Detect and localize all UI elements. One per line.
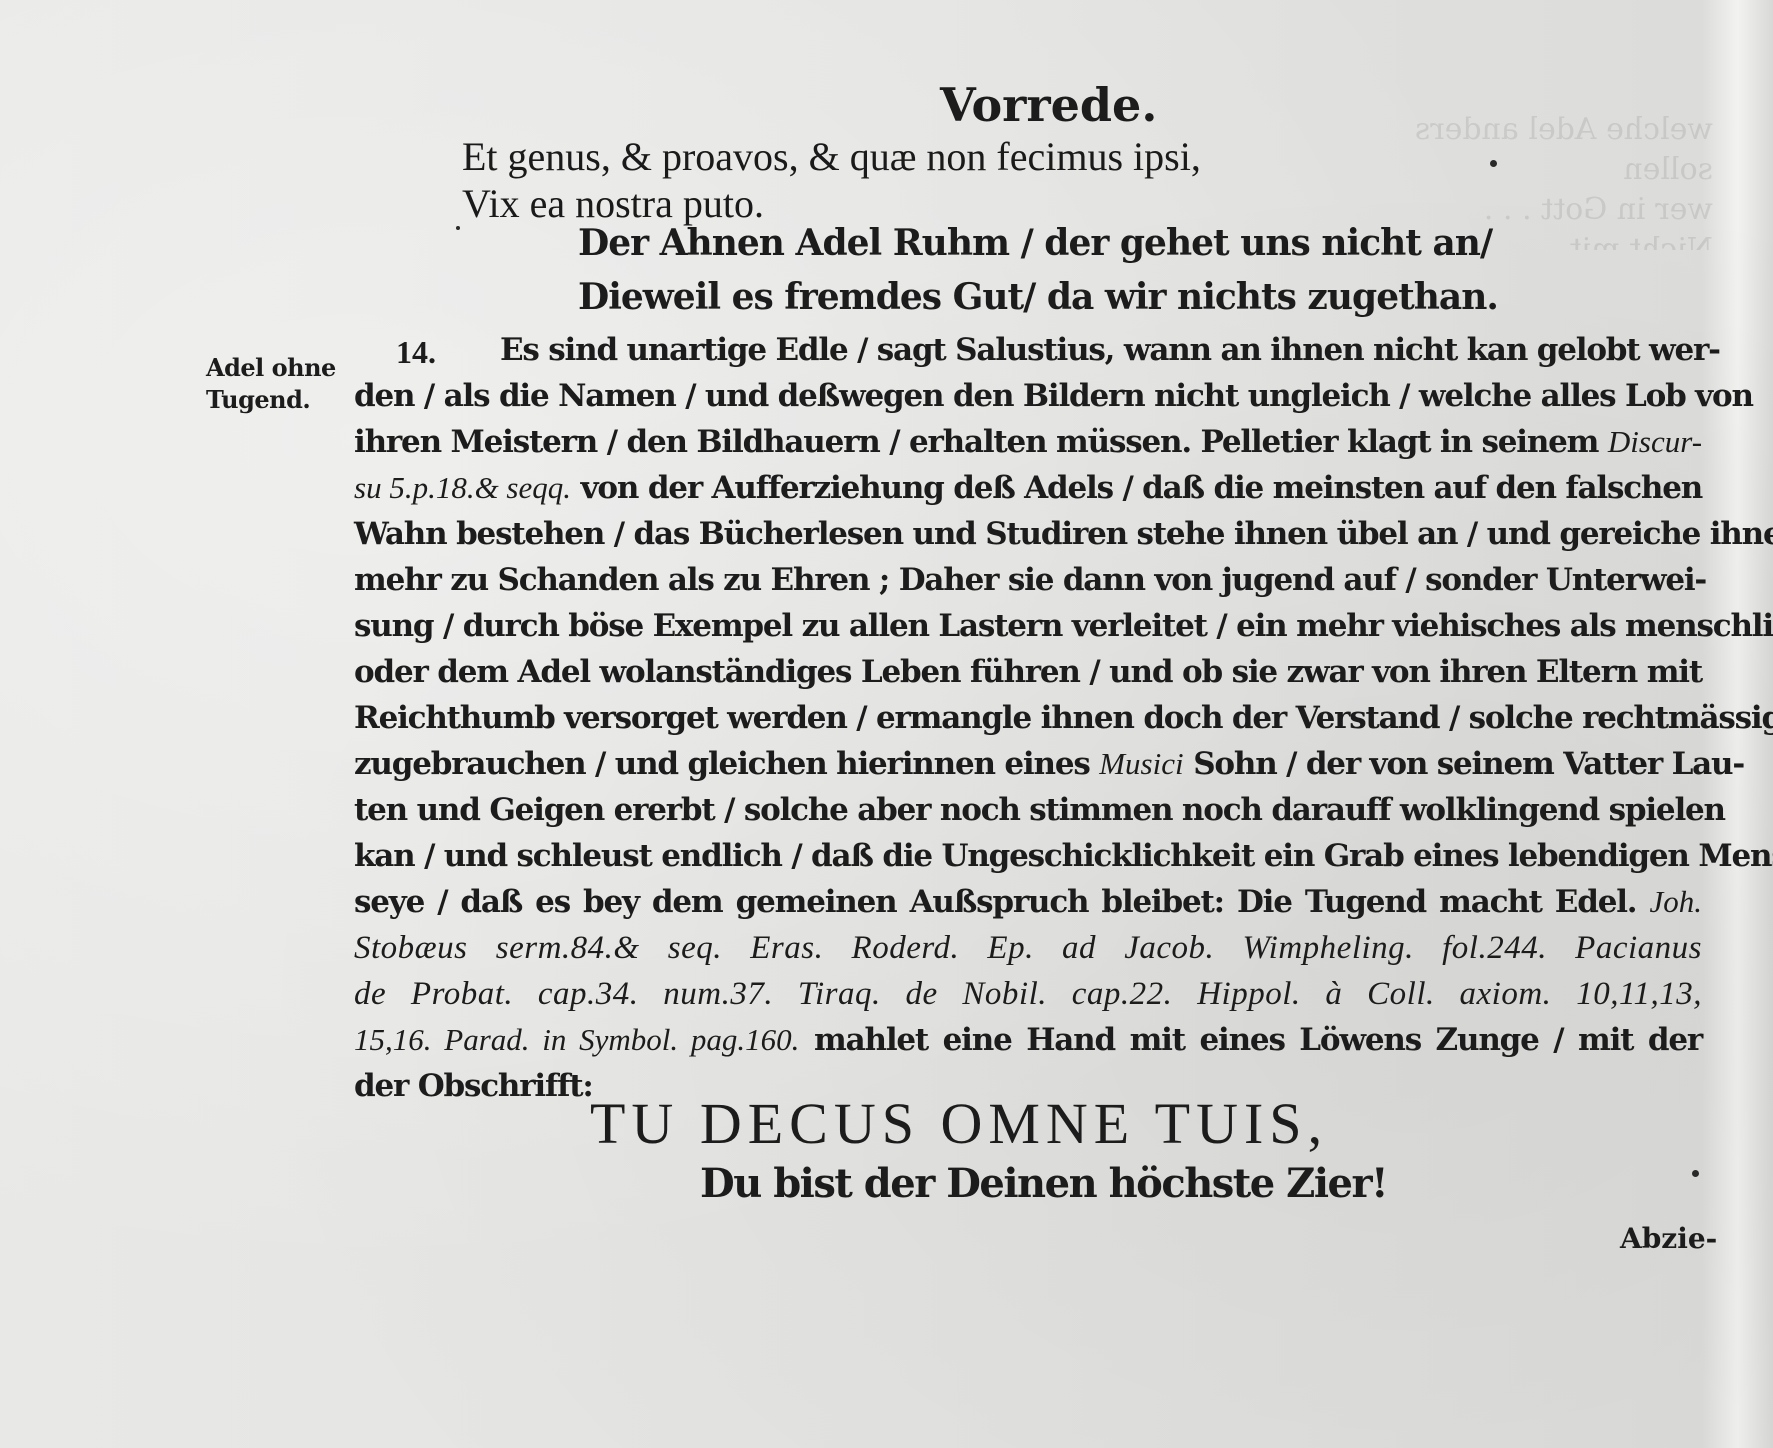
body-line-4: su 5.p.18.& seqq. von der Aufferziehung … xyxy=(354,470,1702,506)
body-line-6: mehr zu Schanden als zu Ehren ; Daher si… xyxy=(354,562,1702,598)
scanned-page: welche Adel anders sollenwer in Gott . .… xyxy=(0,0,1773,1448)
german-verse-line-2: Dieweil es fremdes Gut/ da wir nichts zu… xyxy=(578,276,1498,318)
ink-speck xyxy=(456,226,460,230)
body-line-10: zugebrauchen / und gleichen hierinnen ei… xyxy=(354,746,1702,782)
ink-speck xyxy=(1692,1170,1699,1177)
citation-line-2: de Probat. cap.34. num.37. Tiraq. de Nob… xyxy=(354,976,1702,1013)
italic-citation: su 5.p.18.& seqq. xyxy=(354,470,571,505)
latin-verse-line-1: Et genus, & proavos, & quæ non fecimus i… xyxy=(462,133,1201,180)
motto-latin: TU DECUS OMNE TUIS, xyxy=(590,1090,1328,1157)
citation-line-1: Stobæus serm.84.& seq. Eras. Roderd. Ep.… xyxy=(354,930,1702,967)
german-verse-line-1: Der Ahnen Adel Ruhm / der gehet uns nich… xyxy=(578,222,1492,264)
italic-discursu: Discur- xyxy=(1608,424,1702,459)
marginal-note-line-2: Tugend. xyxy=(206,385,310,414)
catchword: Abzie- xyxy=(1620,1222,1717,1255)
body-line-11: ten und Geigen ererbt / solche aber noch… xyxy=(354,792,1702,828)
body-line-10-text-a: zugebrauchen / und gleichen hierinnen ei… xyxy=(354,746,1090,782)
latin-verse-line-2: Vix ea nostra puto. xyxy=(462,180,764,227)
body-line-3: ihren Meistern / den Bildhauern / erhalt… xyxy=(354,424,1702,460)
body-line-7: sung / durch böse Exempel zu allen Laste… xyxy=(354,608,1702,644)
italic-parad: 15,16. Parad. in Symbol. pag.160. xyxy=(354,1022,799,1057)
body-line-2: den / als die Namen / und deßwegen den B… xyxy=(354,378,1702,414)
body-line-16-text: mahlet eine Hand mit eines Löwens Zunge … xyxy=(814,1022,1702,1058)
body-line-16: 15,16. Parad. in Symbol. pag.160. mahlet… xyxy=(354,1022,1702,1058)
body-line-9: Reichthumb versorget werden / ermangle i… xyxy=(354,700,1702,736)
italic-musici: Musici xyxy=(1099,746,1183,781)
body-line-13: seye / daß es bey dem gemeinen Außspruch… xyxy=(354,884,1702,920)
body-line-3-text: ihren Meistern / den Bildhauern / erhalt… xyxy=(354,424,1598,460)
body-line-13-text: seye / daß es bey dem gemeinen Außspruch… xyxy=(354,884,1636,920)
running-head: Vorrede. xyxy=(940,78,1157,132)
body-line-8: oder dem Adel wolanständiges Leben führe… xyxy=(354,654,1702,690)
ink-speck xyxy=(1490,160,1497,167)
marginal-note-line-1: Adel ohne xyxy=(206,353,336,382)
paragraph-number: 14. xyxy=(396,334,436,371)
body-line-10-text-b: Sohn / der von seinem Vatter Lau- xyxy=(1193,746,1744,782)
body-line-5: Wahn bestehen / das Bücherlesen und Stud… xyxy=(354,516,1702,552)
body-line-1: Es sind unartige Edle / sagt Salustius, … xyxy=(500,332,1702,368)
motto-german: Du bist der Deinen höchste Zier! xyxy=(700,1160,1387,1207)
body-line-12: kan / und schleust endlich / daß die Ung… xyxy=(354,838,1702,874)
body-line-4-text: von der Aufferziehung deß Adels / daß di… xyxy=(581,470,1703,506)
italic-joh: Joh. xyxy=(1649,884,1702,919)
